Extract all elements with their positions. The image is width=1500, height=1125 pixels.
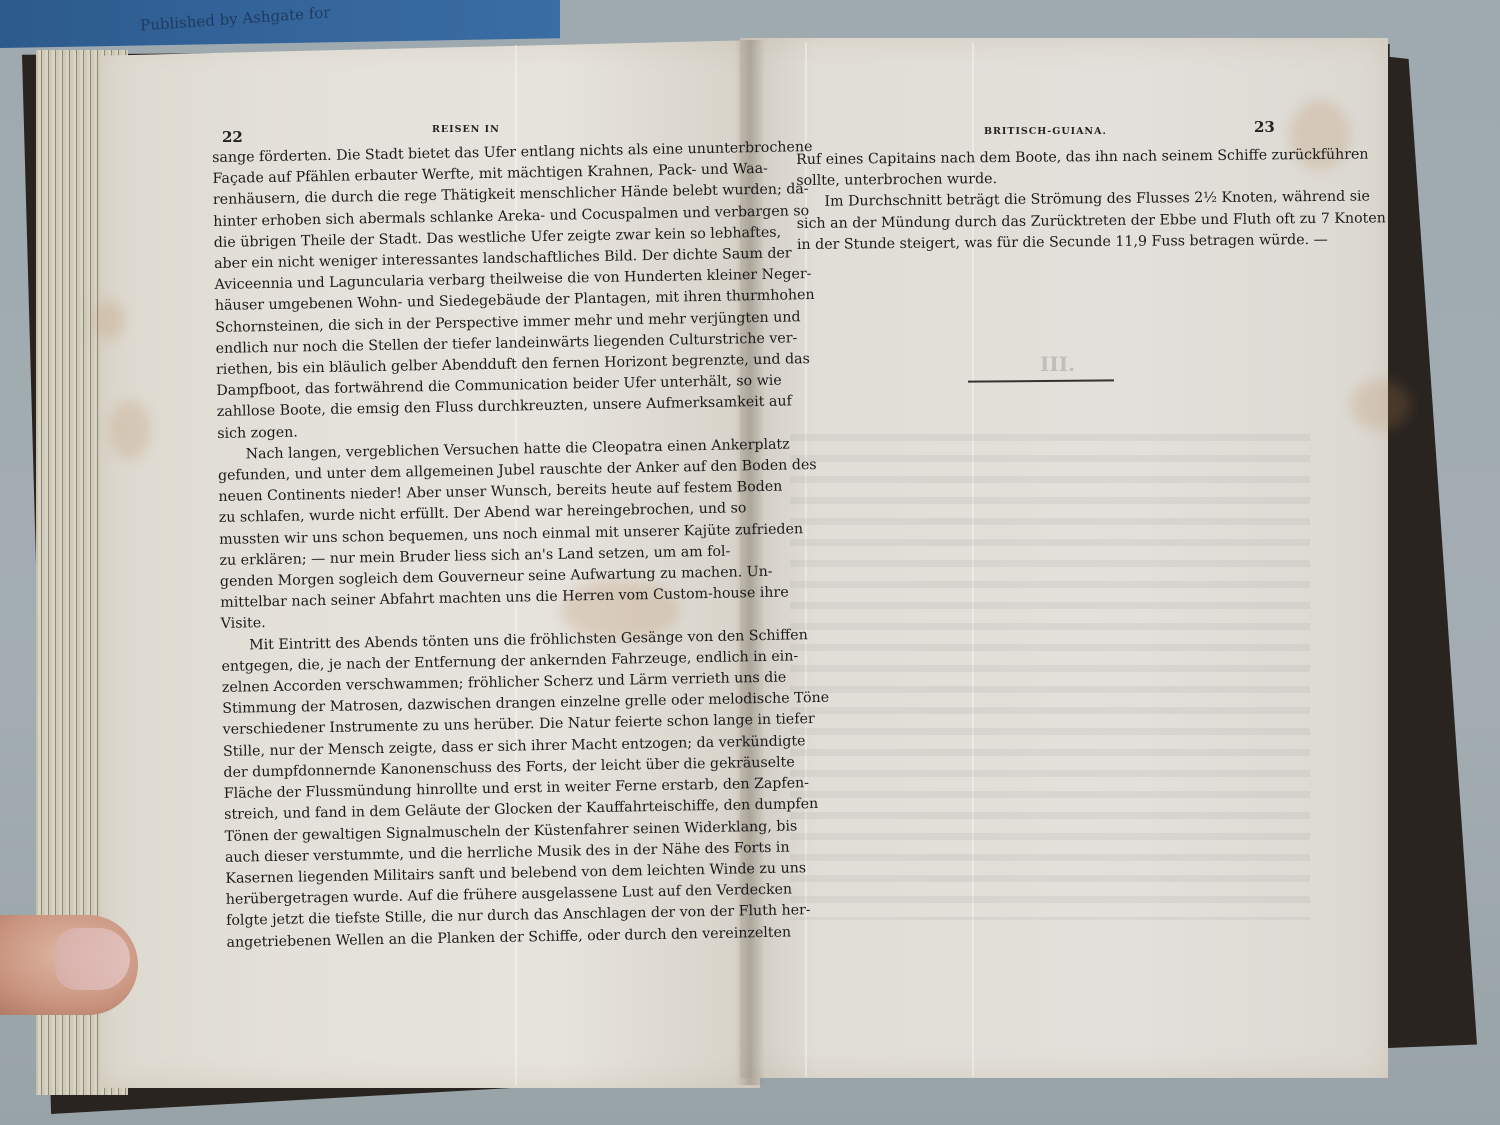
show-through-text	[790, 420, 1310, 920]
left-page-body: sange förderten. Die Stadt bietet das Uf…	[212, 139, 727, 954]
running-head-right: BRITISCH-GUIANA.	[984, 126, 1107, 137]
cover-sheet-text: Published by Ashgate for	[140, 3, 331, 34]
blue-cover-sheet: Published by Ashgate for	[0, 0, 560, 48]
foxing-stain	[1350, 380, 1410, 430]
right-page-body: Ruf eines Capitains nach dem Boote, das …	[796, 145, 1277, 256]
foxing-stain	[110, 400, 150, 460]
foxing-stain	[95, 300, 125, 340]
show-through-heading: III.	[1040, 352, 1075, 376]
running-head-left: REISEN IN	[432, 124, 500, 135]
thumbnail	[55, 928, 130, 990]
page-number-right: 23	[1254, 118, 1275, 136]
page-number-left: 22	[222, 128, 243, 146]
